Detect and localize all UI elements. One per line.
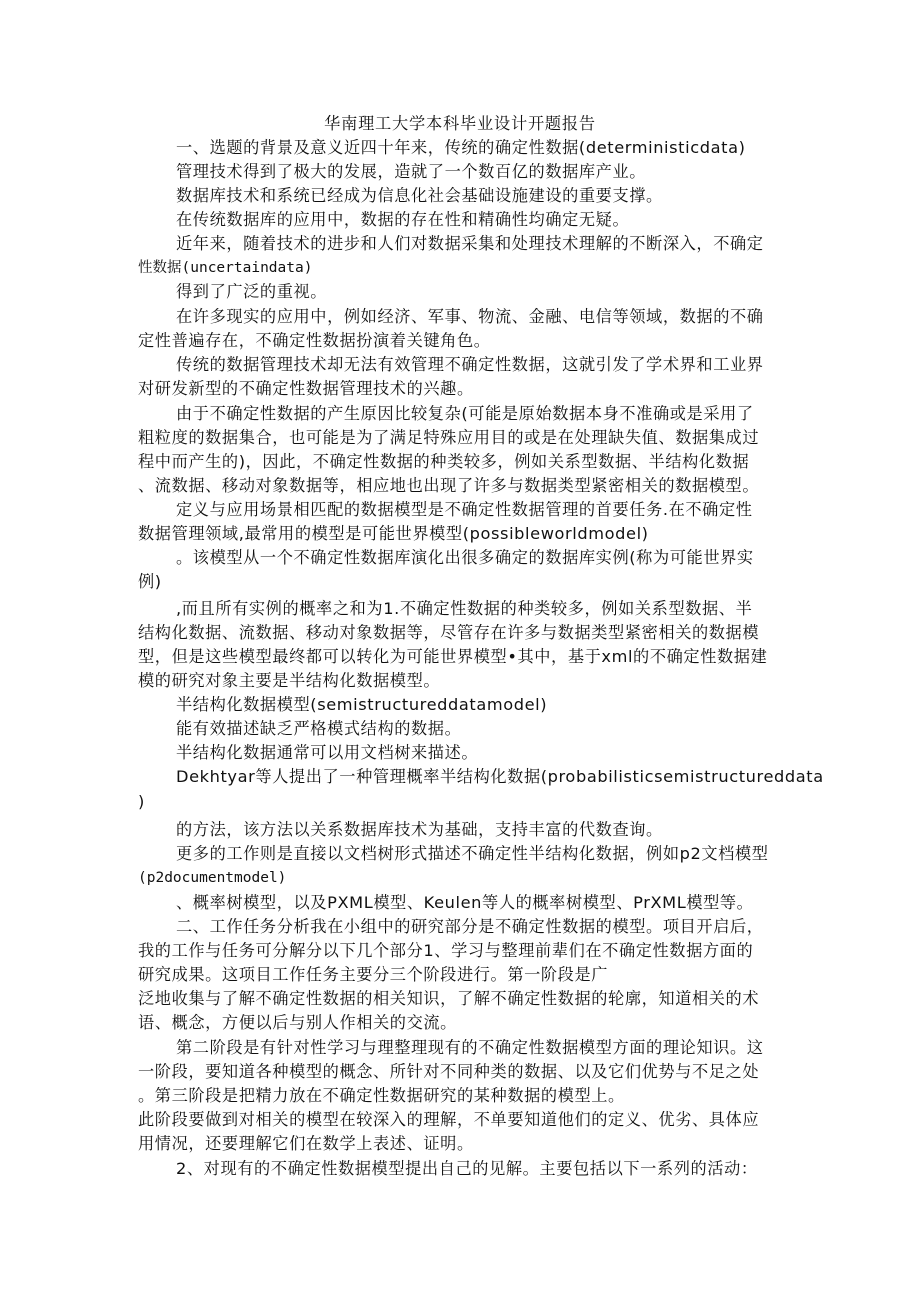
section-heading-background: 一、选题的背景及意义近四十年来，传统的确定性数据(deterministicda… — [176, 136, 784, 160]
text-line: 性数据(uncertaindata) — [138, 256, 784, 280]
text-line: 一阶段，要知道各种模型的概念、所针对不同种类的数据、以及它们优势与不足之处 — [138, 1060, 784, 1084]
text-line: (p2documentmodel) — [138, 866, 784, 890]
text-line: 。该模型从一个不确定性数据库演化出很多确定的数据库实例(称为可能世界实 — [176, 546, 784, 570]
text-line: 结构化数据、流数据、移动对象数据等，尽管存在许多与数据类型紧密相关的数据模 — [138, 621, 784, 645]
text-line: 半结构化数据模型(semistructureddatamodel) — [176, 693, 784, 717]
text-line: 2、对现有的不确定性数据模型提出自己的见解。主要包括以下一系列的活动： — [176, 1157, 784, 1181]
text-line: 传统的数据管理技术却无法有效管理不确定性数据，这就引发了学术界和工业界 — [176, 353, 784, 377]
text-line: 半结构化数据通常可以用文档树来描述。 — [176, 741, 784, 765]
text-line: 由于不确定性数据的产生原因比较复杂(可能是原始数据本身不准确或是采用了 — [176, 402, 784, 426]
text-line: 泛地收集与了解不确定性数据的相关知识，了解不确定性数据的轮廓，知道相关的术 — [138, 987, 784, 1011]
text-line: 第二阶段是有针对性学习与理整理现有的不确定性数据模型方面的理论知识。这 — [176, 1036, 784, 1060]
text-line: 我的工作与任务可分解分以下几个部分1、学习与整理前辈们在不确定性数据方面的 — [138, 939, 784, 963]
text-line: 数据库技术和系统已经成为信息化社会基础设施建设的重要支撑。 — [176, 184, 784, 208]
text-line: 研究成果。这项目工作任务主要分三个阶段进行。第一阶段是广 — [138, 963, 784, 987]
text-line: 数据管理领域,最常用的模型是可能世界模型(possibleworldmodel) — [138, 522, 784, 546]
text-line: 在传统数据库的应用中，数据的存在性和精确性均确定无疑。 — [176, 208, 784, 232]
text-line: ) — [138, 790, 784, 814]
text-line: 能有效描述缺乏严格模式结构的数据。 — [176, 717, 784, 741]
text-line: 此阶段要做到对相关的模型在较深入的理解，不单要知道他们的定义、优劣、具体应 — [138, 1108, 784, 1132]
document-title: 华南理工大学本科毕业设计开题报告 — [0, 112, 920, 136]
text-line: 近年来，随着技术的进步和人们对数据采集和处理技术理解的不断深入，不确定 — [176, 232, 784, 256]
text-line: 得到了广泛的重视。 — [176, 280, 784, 304]
text-line: 。第三阶段是把精力放在不确定性数据研究的某种数据的模型上。 — [138, 1084, 784, 1108]
text-line: 、流数据、移动对象数据等，相应地也出现了许多与数据类型紧密相关的数据模型。 — [138, 474, 784, 498]
text-line: 语、概念，方便以后与别人作相关的交流。 — [138, 1011, 784, 1035]
text-line: 粗粒度的数据集合，也可能是为了满足特殊应用目的或是在处理缺失值、数据集成过 — [138, 426, 784, 450]
text-line: 用情况，还要理解它们在数学上表述、证明。 — [138, 1132, 784, 1156]
text-line: 模的研究对象主要是半结构化数据模型。 — [138, 669, 784, 693]
text-line: 程中而产生的)，因此，不确定性数据的种类较多，例如关系型数据、半结构化数据 — [138, 450, 784, 474]
text-line: 型，但是这些模型最终都可以转化为可能世界模型•其中，基于xml的不确定性数据建 — [138, 645, 784, 669]
text-line: 例) — [138, 570, 784, 594]
text-line: ,而且所有实例的概率之和为1.不确定性数据的种类较多，例如关系型数据、半 — [176, 597, 784, 621]
section-heading-tasks: 二、工作任务分析我在小组中的研究部分是不确定性数据的模型。项目开启后， — [176, 915, 784, 939]
text-line: 定义与应用场景相匹配的数据模型是不确定性数据管理的首要任务.在不确定性 — [176, 498, 784, 522]
text-line: 在许多现实的应用中，例如经济、军事、物流、金融、电信等领域，数据的不确 — [176, 305, 784, 329]
text-line: 对研发新型的不确定性数据管理技术的兴趣。 — [138, 377, 784, 401]
document-page: 华南理工大学本科毕业设计开题报告 一、选题的背景及意义近四十年来，传统的确定性数… — [0, 0, 920, 1303]
text-line: 更多的工作则是直接以文档树形式描述不确定性半结构化数据，例如p2文档模型 — [176, 842, 784, 866]
text-line: 的方法，该方法以关系数据库技术为基础，支持丰富的代数查询。 — [176, 818, 784, 842]
text-line: 定性普遍存在，不确定性数据扮演着关键角色。 — [138, 329, 784, 353]
text-line: 、概率树模型，以及PXML模型、Keulen等人的概率树模型、PrXML模型等。 — [176, 891, 784, 915]
text-line: Dekhtyar等人提出了一种管理概率半结构化数据(probabilistics… — [176, 765, 784, 789]
text-line: 管理技术得到了极大的发展，造就了一个数百亿的数据库产业。 — [176, 160, 784, 184]
